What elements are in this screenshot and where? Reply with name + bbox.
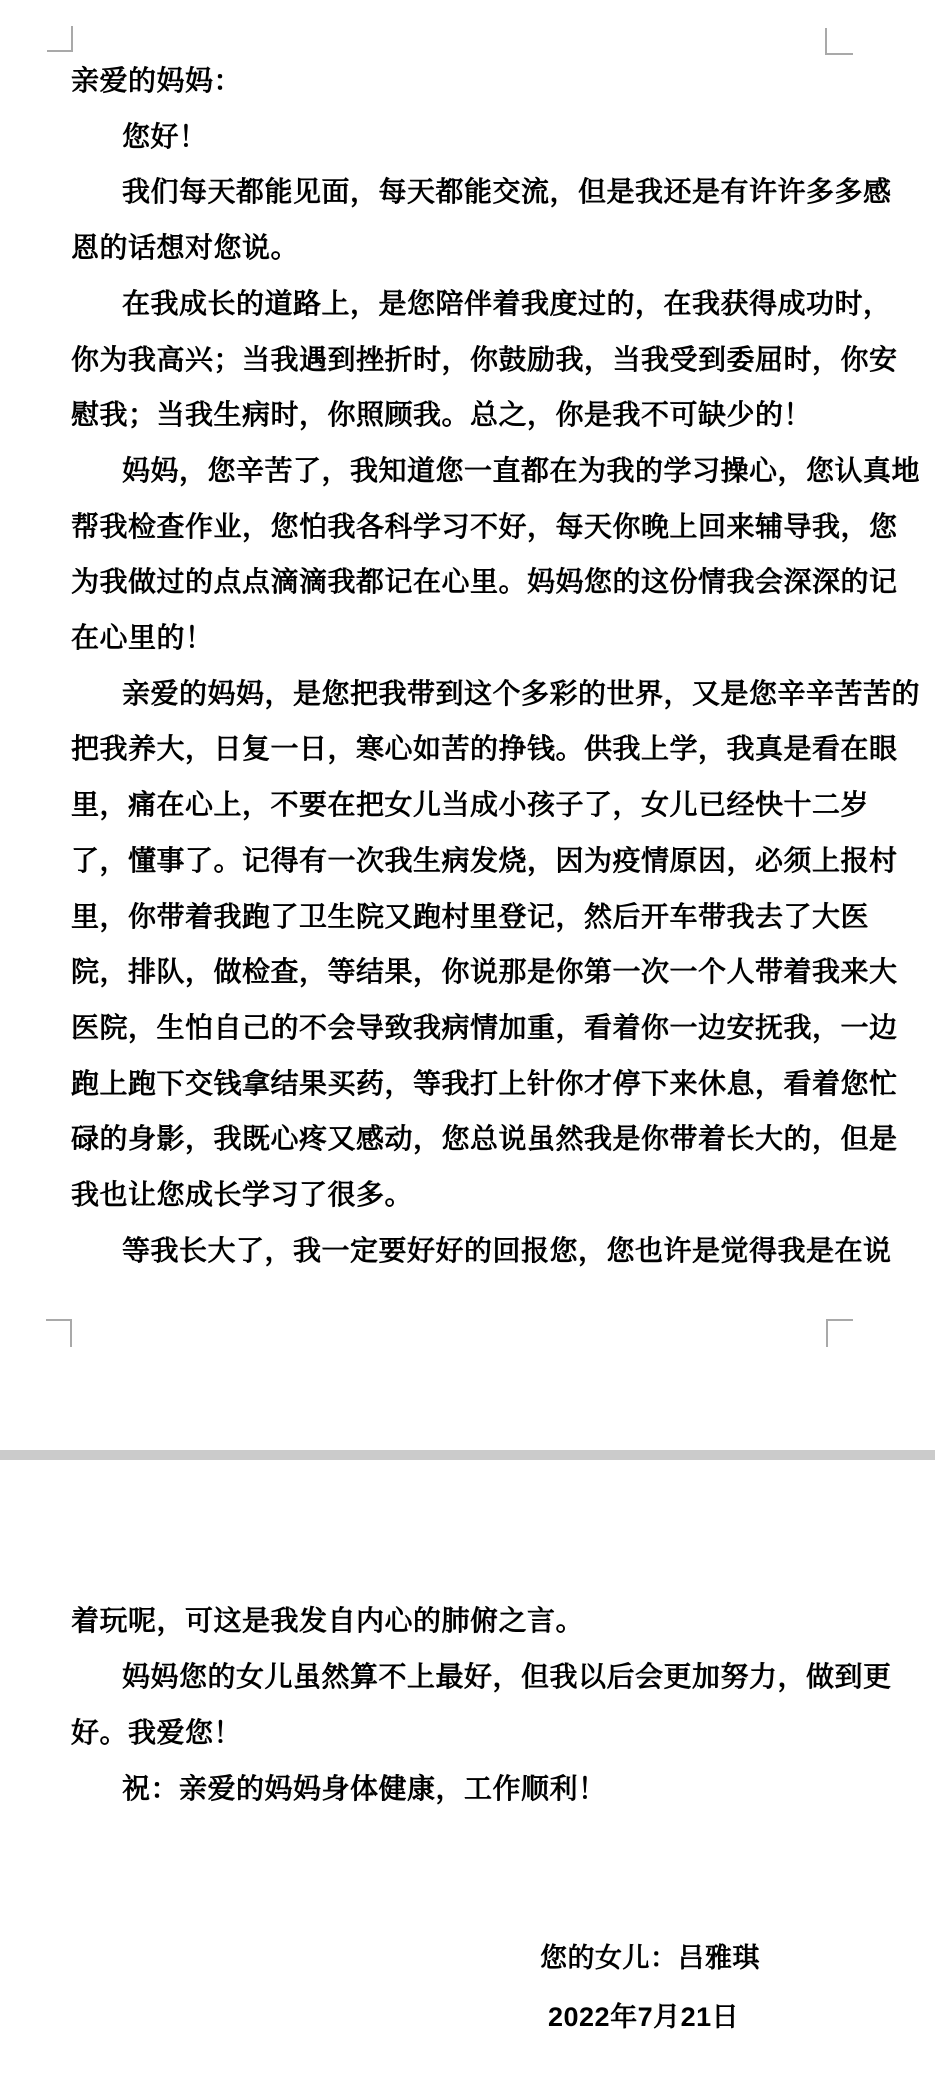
letter-line[interactable]: 着玩呢，可这是我发自内心的肺俯之言。 <box>71 1606 584 1636</box>
letter-line[interactable]: 为我做过的点点滴滴我都记在心里。妈妈您的这份情我会深深的记 <box>71 567 898 597</box>
letter-line[interactable]: 您好！ <box>122 122 208 152</box>
letter-line[interactable]: 在心里的！ <box>71 623 214 653</box>
document-view: 亲爱的妈妈：您好！我们每天都能见面，每天都能交流，但是我还是有许许多多感恩的话想… <box>0 0 935 2095</box>
letter-line[interactable]: 跑上跑下交钱拿结果买药，等我打上针你才停下来休息，看着您忙 <box>71 1069 898 1099</box>
letter-line[interactable]: 妈妈您的女儿虽然算不上最好，但我以后会更加努力，做到更 <box>122 1662 892 1692</box>
page-1[interactable]: 亲爱的妈妈：您好！我们每天都能见面，每天都能交流，但是我还是有许许多多感恩的话想… <box>0 0 935 1450</box>
letter-line[interactable]: 等我长大了，我一定要好好的回报您，您也许是觉得我是在说 <box>122 1236 892 1266</box>
letter-line[interactable]: 我们每天都能见面，每天都能交流，但是我还是有许许多多感 <box>122 177 892 207</box>
signature-line[interactable]: 您的女儿：吕雅琪 <box>540 1943 760 1973</box>
crop-mark-page1-bottom-right <box>826 1319 853 1347</box>
letter-line[interactable]: 恩的话想对您说。 <box>71 233 299 263</box>
letter-line[interactable]: 里，痛在心上，不要在把女儿当成小孩子了，女儿已经快十二岁 <box>71 790 869 820</box>
letter-line[interactable]: 了，懂事了。记得有一次我生病发烧，因为疫情原因，必须上报村 <box>71 846 898 876</box>
letter-line[interactable]: 你为我高兴；当我遇到挫折时，你鼓励我，当我受到委屈时，你安 <box>71 345 898 375</box>
letter-line[interactable]: 亲爱的妈妈，是您把我带到这个多彩的世界，又是您辛辛苦苦的 <box>122 679 920 709</box>
letter-line[interactable]: 好。我爱您！ <box>71 1718 242 1748</box>
crop-mark-page1-top-left <box>47 26 73 52</box>
letter-line[interactable]: 慰我；当我生病时，你照顾我。总之，你是我不可缺少的！ <box>71 400 812 430</box>
letter-line[interactable]: 院，排队，做检查，等结果，你说那是你第一次一个人带着我来大 <box>71 957 898 987</box>
letter-line[interactable]: 医院，生怕自己的不会导致我病情加重，看着你一边安抚我，一边 <box>71 1013 898 1043</box>
letter-line[interactable]: 帮我检查作业，您怕我各科学习不好，每天你晚上回来辅导我，您 <box>71 512 898 542</box>
crop-mark-page1-bottom-left <box>46 1319 72 1347</box>
letter-line[interactable]: 我也让您成长学习了很多。 <box>71 1180 413 1210</box>
letter-line[interactable]: 碌的身影，我既心疼又感动，您总说虽然我是你带着长大的，但是 <box>71 1124 898 1154</box>
letter-line[interactable]: 把我养大，日复一日，寒心如苦的挣钱。供我上学，我真是看在眼 <box>71 734 898 764</box>
page-2[interactable]: 着玩呢，可这是我发自内心的肺俯之言。妈妈您的女儿虽然算不上最好，但我以后会更加努… <box>0 1460 935 2095</box>
letter-line[interactable]: 亲爱的妈妈： <box>71 66 242 96</box>
date-line[interactable]: 2022年7月21日 <box>548 2002 739 2032</box>
letter-line[interactable]: 妈妈，您辛苦了，我知道您一直都在为我的学习操心，您认真地 <box>122 456 920 486</box>
letter-line[interactable]: 祝：亲爱的妈妈身体健康，工作顺利！ <box>122 1774 607 1804</box>
letter-line[interactable]: 在我成长的道路上，是您陪伴着我度过的，在我获得成功时， <box>122 289 892 319</box>
crop-mark-page1-top-right <box>825 28 853 55</box>
letter-line[interactable]: 里，你带着我跑了卫生院又跑村里登记，然后开车带我去了大医 <box>71 902 869 932</box>
page-separator <box>0 1450 935 1460</box>
